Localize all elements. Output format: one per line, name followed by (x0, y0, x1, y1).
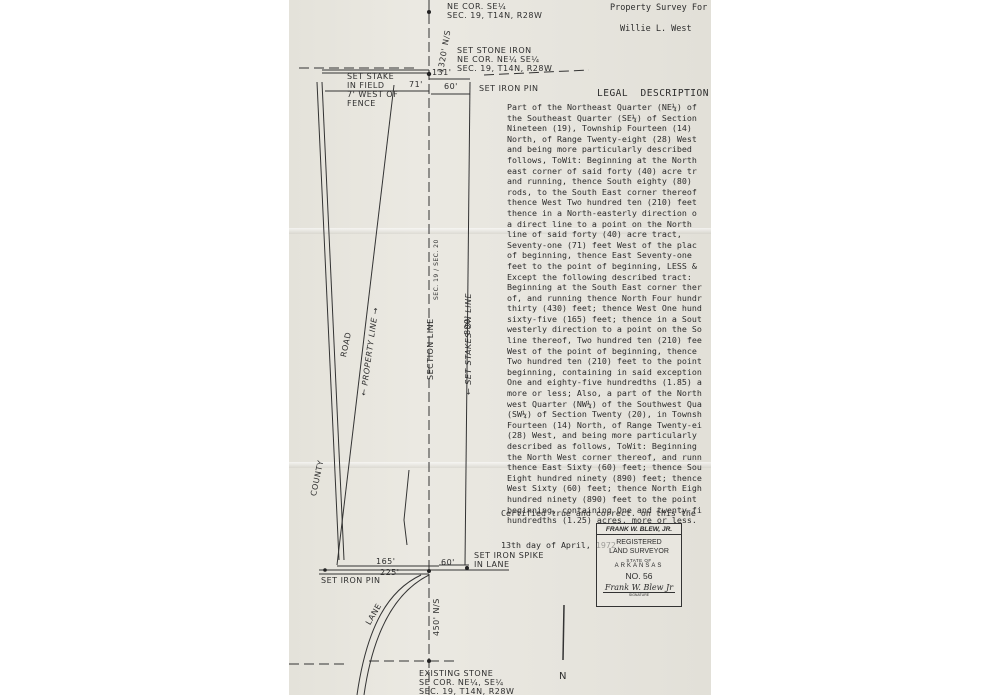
stakes-on-line-label: ← SET STAKES ON LINE (464, 293, 473, 395)
legal-line: Seventy-one (71) feet West of the plac (507, 240, 702, 251)
legal-line: follows, ToWit: Beginning at the North (507, 155, 702, 166)
survey-document: NE COR. SE¼ SEC. 19, T14N, R28W 1320' N/… (289, 0, 711, 695)
legal-line: thence West Two hundred ten (210) feet (507, 197, 702, 208)
legal-line: the North West corner thereof, and runn (507, 452, 702, 463)
set-iron-pin-bottom: SET IRON PIN (321, 576, 380, 585)
set-stake-label: SET STAKE IN FIELD 7' WEST OF FENCE (347, 72, 398, 108)
legal-line: east corner of said forty (40) acre tr (507, 166, 702, 177)
surveyor-name: FRANK W. BLEW, JR. (597, 524, 681, 535)
label-line: NE COR. NE¼ SE¼ (457, 55, 552, 64)
legal-line: Eight hundred ninety (890) feet; thence (507, 473, 702, 484)
survey-title: Property Survey For (610, 3, 707, 13)
legal-line: rods, to the South East corner thereof (507, 187, 702, 198)
legal-description-body: Part of the Northeast Quarter (NE¼) ofth… (507, 102, 702, 526)
legal-line: and running, thence South eighty (80) (507, 176, 702, 187)
legal-line: of, and running thence North Four hundr (507, 293, 702, 304)
label-line: FENCE (347, 99, 398, 108)
legal-description-title: LEGAL DESCRIPTION (597, 88, 709, 99)
seal-line: REGISTERED (597, 538, 681, 547)
legal-line: One and eighty-five hundredths (1.85) a (507, 377, 702, 388)
label-line: SEC. 19, T14N, R28W (419, 687, 514, 695)
legal-line: Fourteen (14) North, of Range Twenty-ei (507, 420, 702, 431)
legal-line: Two hundred ten (210) feet to the point (507, 356, 702, 367)
set-iron-pin-top: SET IRON PIN (479, 84, 538, 93)
dim-60-top: 60' (444, 82, 458, 91)
label-line: SET STONE IRON (457, 46, 552, 55)
legal-line: beginning, containing in said exception (507, 367, 702, 378)
legal-line: line of said forty (40) acre tract, (507, 229, 702, 240)
legal-line: Except the following described tract: (507, 272, 702, 283)
legal-line: feet to the point of beginning, LESS & (507, 261, 702, 272)
label-line: SE COR. NE¼, SE¼ (419, 678, 514, 687)
dim-165: 165' (376, 557, 395, 566)
legal-line: a direct line to a point on the North (507, 219, 702, 230)
legal-line: westerly direction to a point on the So (507, 324, 702, 335)
legal-line: Beginning at the South East corner ther (507, 282, 702, 293)
legal-line: North, of Range Twenty-eight (28) West (507, 134, 702, 145)
seal-number: NO. 56 (597, 571, 681, 581)
label-line: EXISTING STONE (419, 669, 514, 678)
legal-line: line thereof, Two hundred ten (210) fee (507, 335, 702, 346)
legal-line: and being more particularly described (507, 144, 702, 155)
legal-line: West of the point of beginning, thence (507, 346, 702, 357)
legal-line: of beginning, thence East Seventy-one (507, 250, 702, 261)
surveyor-seal: FRANK W. BLEW, JR. REGISTERED LAND SURVE… (596, 523, 682, 607)
top-corner-label: NE COR. SE¼ SEC. 19, T14N, R28W (447, 2, 542, 20)
legal-line: (28) West, and being more particularly (507, 430, 702, 441)
label-line: SEC. 19, T14N, R28W (457, 64, 552, 73)
seal-line: LAND SURVEYOR (597, 547, 681, 556)
legal-line: thirty (430) feet; thence West One hund (507, 303, 702, 314)
legal-line: Part of the Northeast Quarter (NE¼) of (507, 102, 702, 113)
section-line-label: SECTION LINE (426, 318, 435, 380)
section-number-label: SEC. 19 / SEC. 20 (432, 239, 441, 300)
certification-line: Certified true and correct. on this the (501, 508, 696, 519)
legal-line: Nineteen (19), Township Fourteen (14) (507, 123, 702, 134)
legal-line: described as follows, ToWit: Beginning (507, 441, 702, 452)
seal-state: ARKANSAS (597, 563, 681, 569)
set-stone-label: SET STONE IRON NE COR. NE¼ SE¼ SEC. 19, … (457, 46, 552, 73)
legal-line: thence East Sixty (60) feet; thence Sou (507, 462, 702, 473)
legal-line: more or less; Also, a part of the North (507, 388, 702, 399)
bottom-distance-label: 450' N/S (432, 598, 441, 636)
label-line: SEC. 19, T14N, R28W (447, 11, 542, 20)
legal-line: west Quarter (NW¼) of the Southwest Qua (507, 399, 702, 410)
signature-label: SIGNATURE (597, 593, 681, 597)
legal-line: the Southeast Quarter (SE¼) of Section (507, 113, 702, 124)
label-line: 7' WEST OF (347, 90, 398, 99)
legal-line: (SW¼) of Section Twenty (20), in Townsh (507, 409, 702, 420)
north-arrow-icon: N (559, 672, 567, 681)
dim-225: 225' (380, 568, 399, 577)
label-line: NE COR. SE¼ (447, 2, 542, 11)
label-line: SET STAKE (347, 72, 398, 81)
existing-stone-label: EXISTING STONE SE COR. NE¼, SE¼ SEC. 19,… (419, 669, 514, 695)
dim-131: 131' (432, 68, 451, 77)
label-line: IN FIELD (347, 81, 398, 90)
signature: Frank W. Blew Jr (603, 583, 675, 593)
dim-71: 71' (409, 80, 423, 89)
client-name: Willie L. West (620, 24, 692, 34)
legal-line: sixty-five (165) feet; thence in a Sout (507, 314, 702, 325)
dim-60-bottom: 60' (441, 558, 455, 567)
legal-line: thence in a North-easterly direction o (507, 208, 702, 219)
